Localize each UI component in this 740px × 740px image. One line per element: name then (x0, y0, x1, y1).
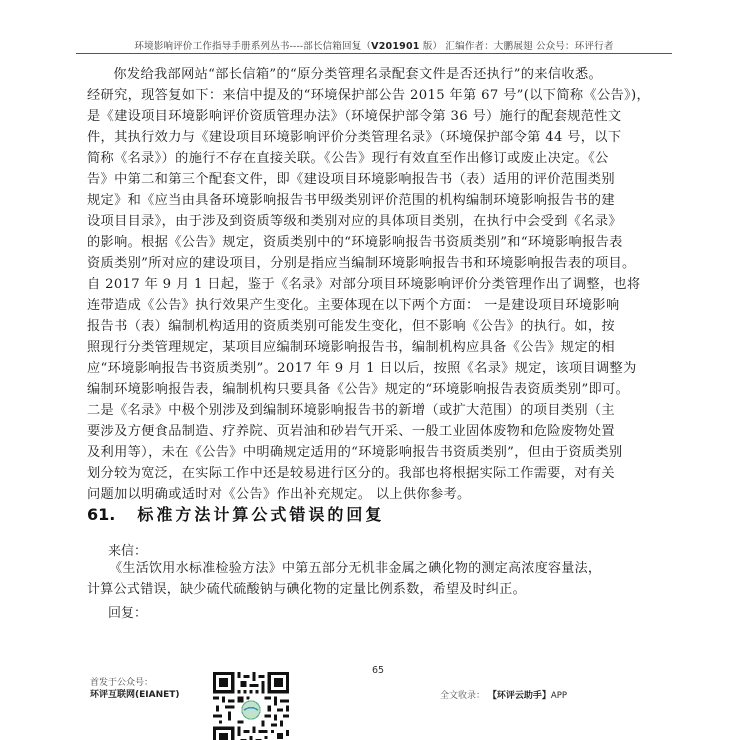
brand-cn: 环评互联网 (90, 690, 135, 700)
letter-body: 《生活饮用水标准检验方法》中第五部分无机非金属之碘化物的测定高浓度容量法， 计算… (87, 558, 665, 600)
body-line: 应“环境影响报告书资质类别”。2017 年 9 月 1 日以后，按照《名录》规定… (87, 358, 665, 379)
body-line: 照现行分类管理规定，某项目应编制环境影响报告书，编制机构应具备《公告》规定的相 (87, 337, 665, 358)
body-line: 告》中第二和第三个配套文件，即《建设项目环境影响报告书（表）适用的评价范围类别 (87, 169, 665, 190)
publisher-brand: 环评互联网(EIANET) (90, 689, 180, 701)
body-line: 件，其执行效力与《建设项目环境影响评价分类管理名录》（环境保护部令第 44 号，… (87, 127, 665, 148)
qr-code-icon (213, 672, 289, 740)
body-line: 资质类别”所对应的建设项目，分别是指应当编制环境影响报告书和环境影响报告表的项目… (87, 253, 665, 274)
page-number: 65 (372, 665, 384, 676)
reply-label: 回复： (108, 602, 147, 621)
letter-label: 来信： (108, 540, 147, 559)
body-line: 划分较为宽泛，在实际工作中还是较易进行区分的。我部也将根据实际工作需要，对有关 (87, 463, 665, 484)
body-line: 的影响。根据《公告》规定，资质类别中的“环境影响报告书资质类别”和“环境影响报告… (87, 232, 665, 253)
body-line: 你发给我部网站“部长信箱”的“原分类管理名录配套文件是否还执行”的来信收悉。 (87, 64, 665, 85)
header-divider (76, 53, 672, 54)
body-line: 简称《名录》）的施行不存在直接关联。《公告》现行有效直至作出修订或废止决定。《公 (87, 148, 665, 169)
collection-label: 全文收录： (440, 691, 485, 701)
letter-line: 《生活饮用水标准检验方法》中第五部分无机非金属之碘化物的测定高浓度容量法， (87, 558, 665, 579)
body-line: 规定》和《应当由具备环境影响报告书甲级类别评价范围的机构编制环境影响报告书的建 (87, 190, 665, 211)
previous-reply-body: 你发给我部网站“部长信箱”的“原分类管理名录配套文件是否还执行”的来信收悉。 经… (87, 64, 665, 505)
section-title: 标准方法计算公式错误的回复 (137, 505, 384, 524)
footer-publisher: 首发于公众号： 环评互联网(EIANET) (90, 677, 180, 701)
app-suffix: APP (551, 691, 567, 701)
letter-line: 计算公式错误，缺少硫代硫酸钠与碘化物的定量比例系数，希望及时纠正。 (87, 579, 665, 600)
body-line: 要涉及方便食品制造、疗养院、页岩油和砂岩气开采、一般工业固体废物和危险废物处置 (87, 421, 665, 442)
running-header: 环境影响评价工作指导手册系列丛书----部长信箱回复（V201901 版） 汇编… (76, 38, 672, 52)
body-line: 及利用等），未在《公告》中明确规定适用的“环境影响报告书资质类别”，但由于资质类… (87, 442, 665, 463)
body-line: 自 2017 年 9 月 1 日起，鉴于《名录》对部分项目环境影响评价分类管理作… (87, 274, 665, 295)
body-line: 二是《名录》中极个别涉及到编制环境影响报告书的新增（或扩大范围）的项目类别（主 (87, 400, 665, 421)
header-version: V201901 (371, 41, 419, 52)
brand-en: (EIANET) (135, 690, 180, 700)
header-title-suffix: 版） 汇编作者：大鹏展翅 公众号：环评行者 (420, 41, 614, 52)
body-line: 报告书（表）编制机构适用的资质类别可能发生变化，但不影响《公告》的执行。如，按 (87, 316, 665, 337)
section-number: 61. (87, 505, 115, 524)
published-label: 首发于公众号： (90, 677, 180, 689)
body-line: 连带造成《公告》执行效果产生变化。主要体现在以下两个方面： 一是建设项目环境影响 (87, 295, 665, 316)
section-heading: 61.标准方法计算公式错误的回复 (87, 502, 384, 525)
body-line: 编制环境影响报告表，编制机构只要具备《公告》规定的“环境影响报告表资质类别”即可… (87, 379, 665, 400)
header-title-prefix: 环境影响评价工作指导手册系列丛书----部长信箱回复（ (134, 41, 371, 52)
footer-app-promo: 全文收录： 【环评云助手】APP (440, 688, 567, 701)
body-line: 设项目目录》，由于涉及到资质等级和类别对应的具体项目类别，在执行中会受到《名录》 (87, 211, 665, 232)
app-name: 【环评云助手】 (488, 691, 551, 701)
body-line: 经研究，现答复如下：来信中提及的“环境保护部公告 2015 年第 67 号”(以… (87, 85, 665, 106)
body-line: 是《建设项目环境影响评价资质管理办法》（环境保护部令第 36 号）施行的配套规范… (87, 106, 665, 127)
